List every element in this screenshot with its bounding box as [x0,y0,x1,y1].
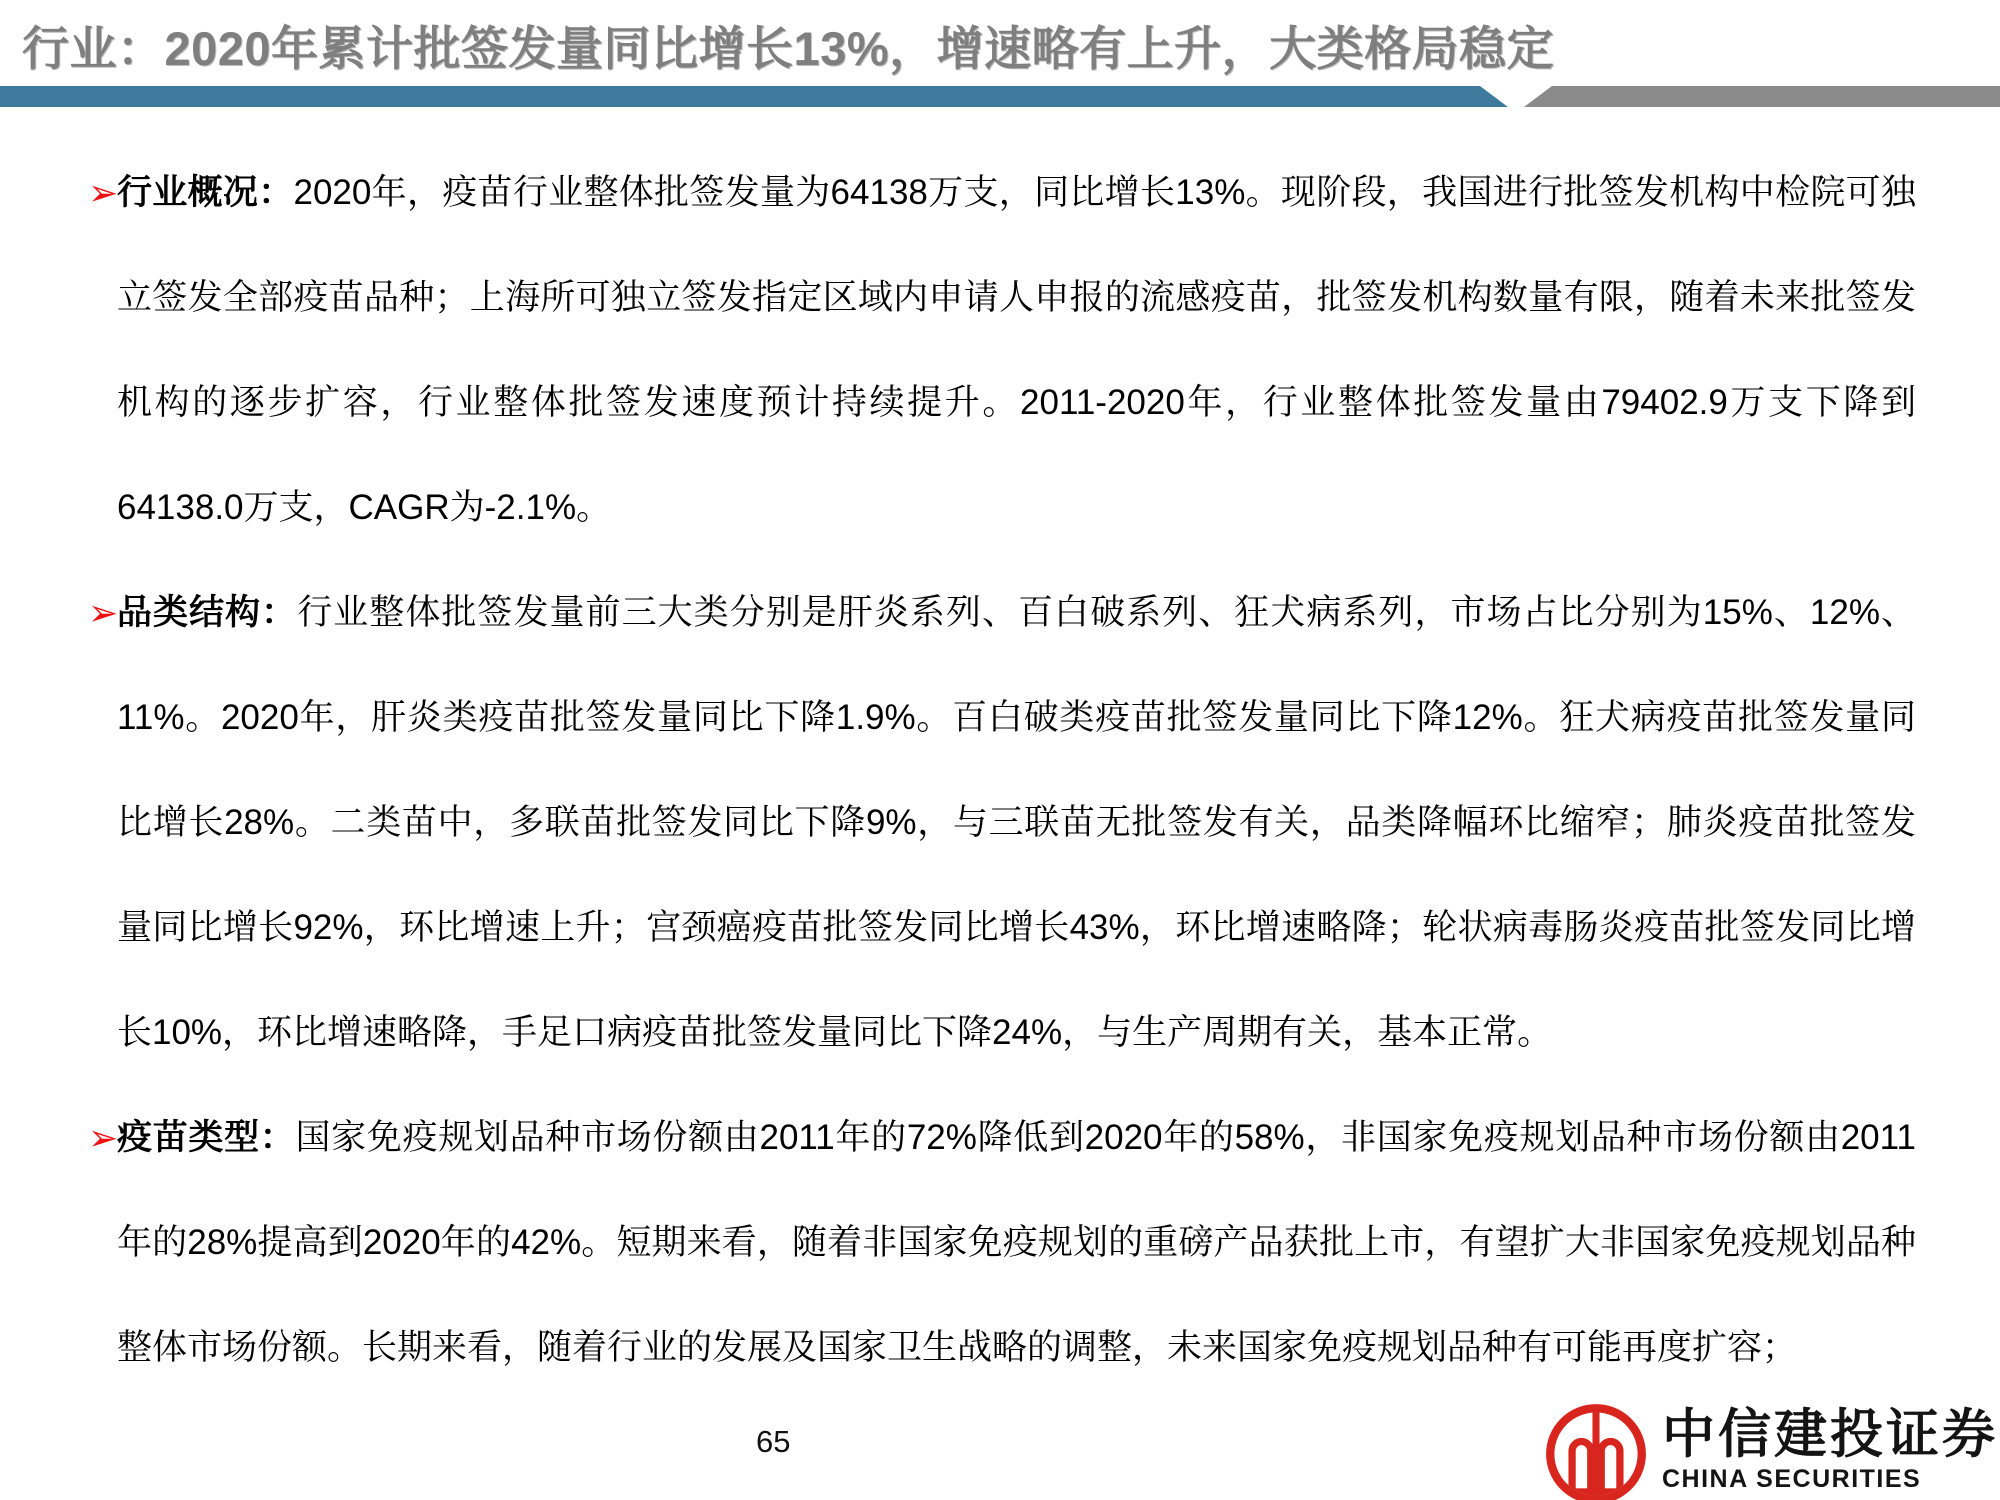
logo-wordmark: 中信建投证券 CHINA SECURITIES [1662,1408,1998,1493]
arrow-bullet-icon: ➢ [88,140,118,245]
title-divider-gray-bar [1518,86,2000,107]
arrow-bullet-icon: ➢ [88,1085,118,1190]
china-securities-logo: 中信建投证券 CHINA SECURITIES [1544,1402,1998,1500]
bullet-label: 品类结构： [117,593,297,632]
bullet-text: 2020年，疫苗行业整体批签发量为64138万支，同比增长13%。现阶段，我国进… [117,173,1916,527]
bullet-label: 疫苗类型： [117,1118,295,1157]
bullet-label: 行业概况： [117,173,294,212]
page-title: 行业：2020年累计批签发量同比增长13%，增速略有上升，大类格局稳定 [22,12,1554,79]
logo-chinese-name: 中信建投证券 [1662,1408,1998,1464]
bullet-text: 行业整体批签发量前三大类分别是肝炎系列、百白破系列、狂犬病系列，市场占比分别为1… [117,593,1916,1052]
bullet-category-structure: ➢品类结构：行业整体批签发量前三大类分别是肝炎系列、百白破系列、狂犬病系列，市场… [88,560,1916,1085]
china-securities-emblem-icon [1544,1402,1648,1500]
bullet-industry-overview: ➢行业概况：2020年，疫苗行业整体批签发量为64138万支，同比增长13%。现… [88,140,1916,560]
slide-body: ➢行业概况：2020年，疫苗行业整体批签发量为64138万支，同比增长13%。现… [88,140,1916,1400]
bullet-text: 国家免疫规划品种市场份额由2011年的72%降低到2020年的58%，非国家免疫… [117,1118,1916,1367]
title-divider-blue-bar [0,86,1508,107]
bullet-vaccine-type: ➢疫苗类型：国家免疫规划品种市场份额由2011年的72%降低到2020年的58%… [88,1085,1916,1400]
logo-english-name: CHINA SECURITIES [1662,1466,1921,1494]
page-number: 65 [756,1424,790,1460]
arrow-bullet-icon: ➢ [88,560,118,665]
